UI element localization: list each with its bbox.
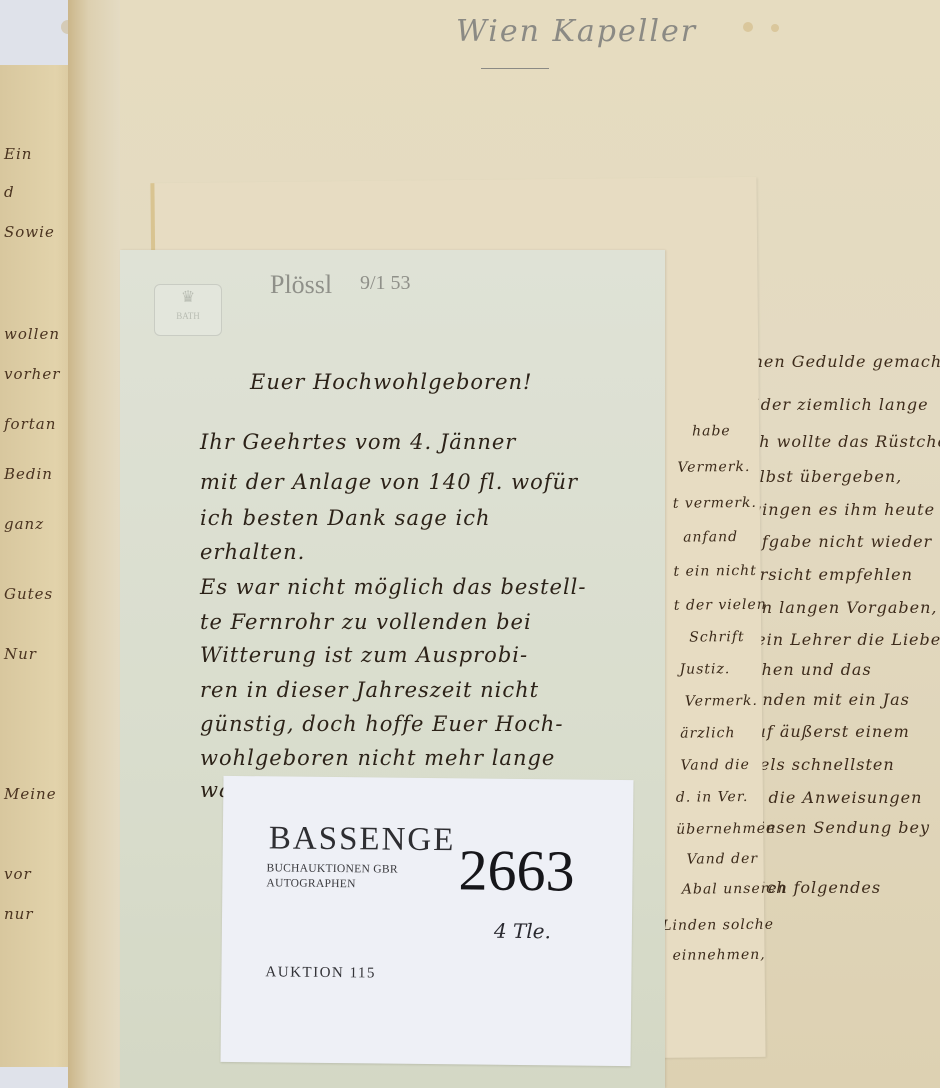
middle-letter-line: Justiz. bbox=[679, 661, 730, 678]
foxing-stain bbox=[771, 24, 779, 32]
embossed-stationery-stamp: ♛ BATH bbox=[154, 284, 222, 336]
middle-letter-line: habe bbox=[692, 423, 731, 439]
left-letter-line: wollen bbox=[4, 325, 60, 343]
left-letter-line: Meine bbox=[4, 785, 57, 803]
back-letter-line: ttels schnellsten bbox=[745, 755, 895, 774]
middle-letter-line: anfand bbox=[683, 529, 738, 546]
back-letter-line: fanden mit ein Jas bbox=[745, 690, 910, 709]
middle-letter-line: Vermerk. bbox=[677, 459, 750, 476]
back-letter-line: Ich wollte das Rüstchen bbox=[742, 432, 940, 451]
back-letter-line: auf äußerst einem bbox=[745, 722, 910, 741]
middle-letter-line: einnehmen, bbox=[672, 947, 765, 964]
left-letter-line: nur bbox=[4, 905, 34, 923]
middle-letter-line: Vand die bbox=[680, 757, 749, 774]
letter-line: erhalten. bbox=[200, 540, 305, 564]
pencil-date-note: 9/1 53 bbox=[360, 272, 411, 295]
letter-line: Es war nicht möglich das bestell- bbox=[200, 575, 586, 599]
back-letter-line: mein Lehrer die Liebe bbox=[740, 630, 940, 649]
back-letter-line: Aufgabe nicht wieder bbox=[738, 532, 932, 551]
auction-house-name: BASSENGE bbox=[269, 820, 456, 859]
middle-letter-line: t der vielen bbox=[674, 597, 767, 614]
middle-letter-line: d. in Ver. bbox=[676, 789, 749, 806]
stamp-text: BATH bbox=[155, 311, 221, 321]
item-count-note: 4 Tle. bbox=[494, 919, 551, 944]
back-letter-line: nen langen Vorgaben, bbox=[740, 598, 937, 617]
letter-line: mit der Anlage von 140 fl. wofür bbox=[200, 470, 578, 494]
auction-lot-label: BASSENGE BUCHAUKTIONEN GBR AUTOGRAPHEN 2… bbox=[221, 776, 634, 1066]
folded-edge-strip bbox=[68, 0, 120, 1088]
left-letter-line: Ein bbox=[4, 145, 32, 163]
letter-line: günstig, doch hoffe Euer Hoch- bbox=[200, 712, 563, 736]
letter-salutation: Euer Hochwohlgeboren! bbox=[250, 370, 533, 394]
pencil-name-note: Plössl bbox=[270, 270, 332, 300]
back-letter-line: Vorsicht empfehlen bbox=[738, 565, 913, 584]
crown-icon: ♛ bbox=[155, 285, 221, 311]
left-letter-line: ganz bbox=[4, 515, 44, 533]
left-letter-line: Gutes bbox=[4, 585, 53, 603]
middle-letter-line: Schrift bbox=[689, 629, 745, 646]
back-letter-line: in die Anweisungen bbox=[745, 788, 922, 807]
middle-letter-line: Vand der bbox=[686, 851, 758, 868]
auction-house-subtitle: AUTOGRAPHEN bbox=[266, 877, 355, 890]
letter-line: te Fernrohr zu vollenden bei bbox=[200, 610, 532, 634]
left-letter-line: vor bbox=[4, 865, 32, 883]
back-letter-pencil-heading: Wien Kapeller bbox=[456, 14, 697, 49]
back-letter-line: Ihnen Gedulde gemacht, bbox=[734, 352, 940, 371]
letter-line: Ihr Geehrtes vom 4. Jänner bbox=[200, 430, 516, 454]
letter-line: Witterung ist zum Ausprobi- bbox=[200, 643, 528, 667]
letter-line: ren in dieser Jahreszeit nicht bbox=[200, 678, 539, 702]
foxing-stain bbox=[743, 22, 753, 32]
left-letter-line: vorher bbox=[4, 365, 60, 383]
back-letter-line: lehen und das bbox=[745, 660, 872, 679]
back-letter-line: zwingen es ihm heute bbox=[738, 500, 935, 519]
middle-letter-line: Vermerk. bbox=[685, 693, 758, 710]
middle-letter-line: ärzlich bbox=[680, 725, 735, 742]
left-letter-line: d bbox=[4, 183, 15, 201]
lot-number: 2663 bbox=[458, 836, 575, 904]
auction-number: AUKTION 115 bbox=[265, 964, 376, 982]
auction-house-subtitle: BUCHAUKTIONEN GBR bbox=[266, 862, 397, 875]
back-letter-line: leider ziemlich lange bbox=[738, 395, 929, 414]
middle-letter-line: t vermerk. bbox=[673, 495, 757, 512]
letter-line: ich besten Dank sage ich bbox=[200, 506, 491, 530]
middle-letter-line: übernehmen bbox=[676, 821, 776, 838]
left-letter-line: Sowie bbox=[4, 223, 55, 241]
middle-letter-line: t ein nicht bbox=[673, 563, 756, 580]
left-letter-line: Nur bbox=[4, 645, 37, 663]
middle-letter-line: Linden solche bbox=[662, 917, 774, 934]
back-letter-line: selbst übergeben, bbox=[740, 467, 902, 486]
middle-letter-line: Abal unseren bbox=[682, 881, 788, 898]
left-letter-line: Bedin bbox=[4, 465, 53, 483]
letter-line: wohlgeboren nicht mehr lange bbox=[200, 746, 555, 770]
heading-underline bbox=[481, 68, 549, 69]
left-letter-line: fortan bbox=[4, 415, 56, 433]
